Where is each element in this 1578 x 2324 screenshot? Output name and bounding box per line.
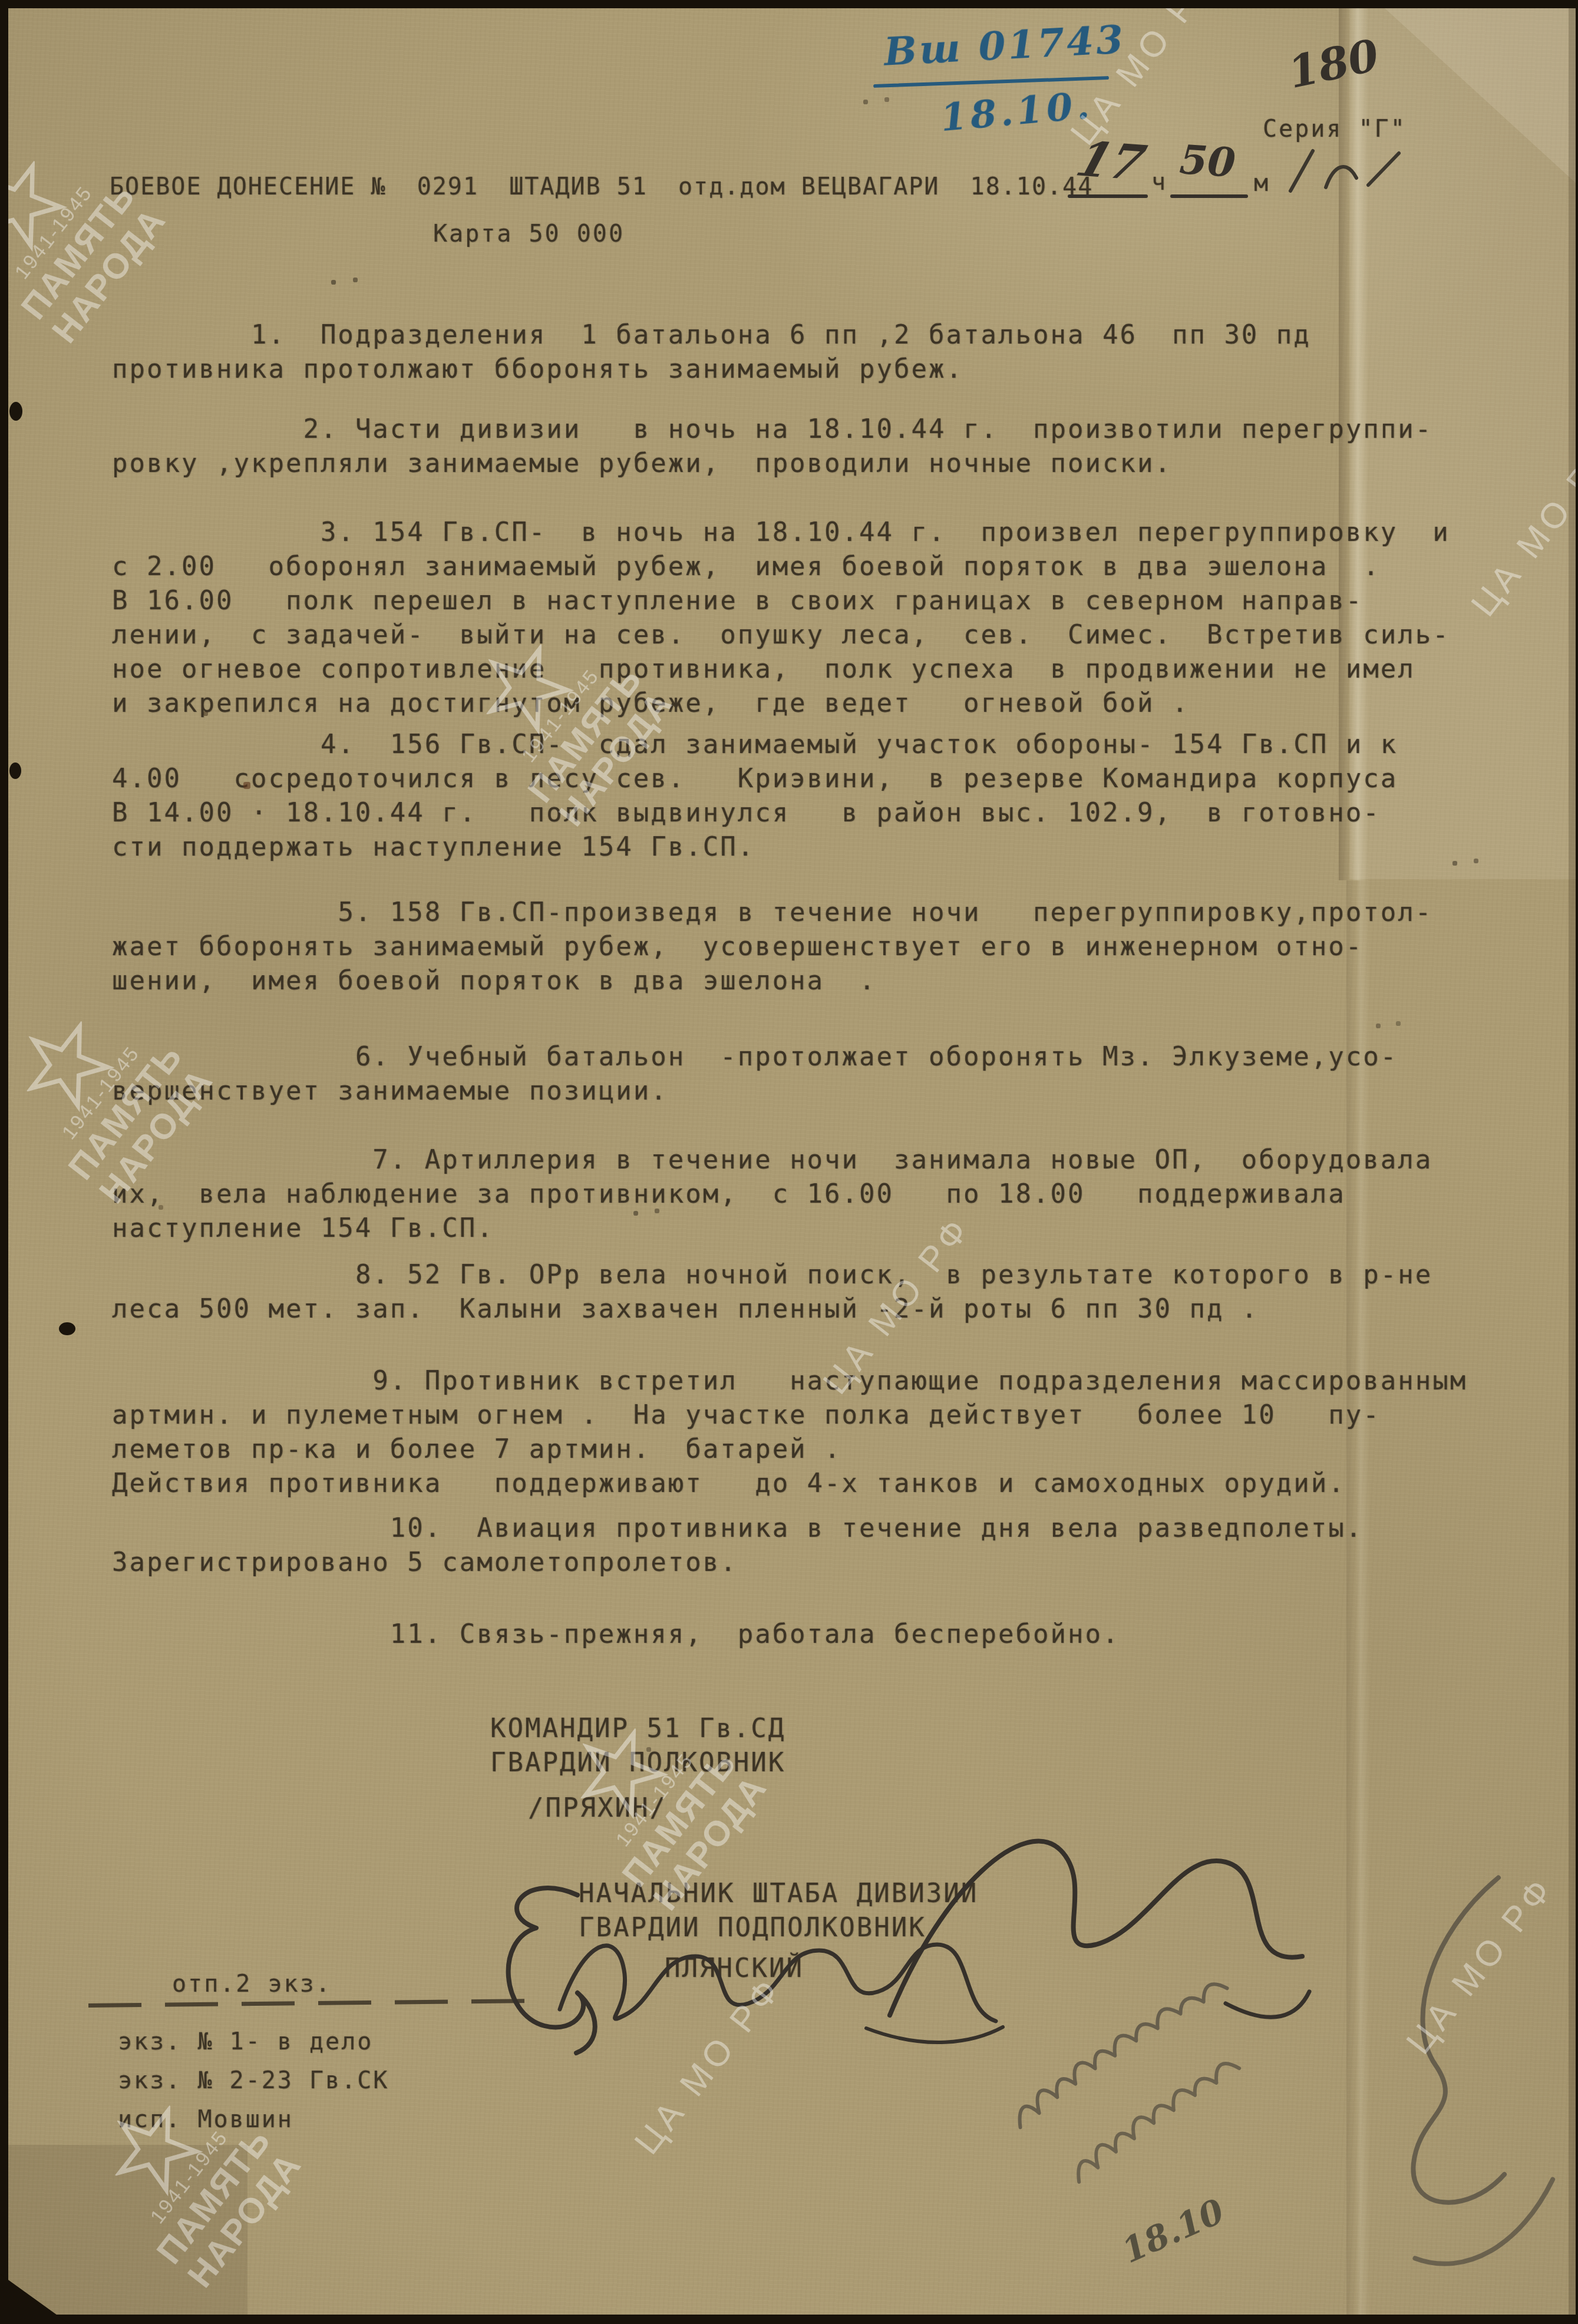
time-hours-underline: [1068, 194, 1148, 198]
paragraph-3: 3. 154 Гв.СП- в ночь на 18.10.44 г. прои…: [112, 516, 1503, 721]
paragraph-8: 8. 52 Гв. ОРр вела ночной поиск, в резул…: [112, 1258, 1503, 1326]
scan-edge-left: [0, 0, 8, 2324]
bottom-left-shading: [0, 2145, 247, 2324]
paragraph-4: 4. 156 Гв.СП- сдал занимаемый участок об…: [112, 728, 1503, 864]
paragraph-11: 11. Связь-прежняя, работала бесперебойно…: [112, 1617, 1485, 1652]
scan-edge-bottom: [0, 2315, 1578, 2324]
commander-title: КОМАНДИР 51 Гв.СД ГВАРДИИ ПОЛКОВНИК: [490, 1712, 785, 1780]
copy-distribution: экз. № 1- в дело экз. № 2-23 Гв.СК исп. …: [118, 2022, 389, 2139]
paragraph-5: 5. 158 Гв.СП-произведя в течение ночи пе…: [112, 896, 1503, 998]
paragraph-9: 9. Противник встретил наступающие подраз…: [112, 1364, 1514, 1501]
series-check-scribble: [1279, 143, 1420, 202]
paragraph-2: 2. Части дивизии в ночь на 18.10.44 г. п…: [112, 412, 1485, 481]
document-page: Вш 01743 18.10. 180 Серия "Г" БОЕВОЕ ДОН…: [0, 0, 1578, 2324]
commander-name: /ПРЯХИН/: [528, 1791, 667, 1825]
scan-edge-top: [0, 0, 1578, 8]
ink-blot: [59, 1322, 75, 1335]
map-scale: Карта 50 000: [433, 217, 625, 251]
scan-edge-right: [1576, 0, 1578, 2324]
punch-hole-top: [9, 402, 22, 421]
report-title: БОЕВОЕ ДОНЕСЕНИЕ № 0291 ШТАДИВ 51 отд.до…: [110, 170, 1093, 204]
time-minutes-underline: [1170, 194, 1248, 198]
copies-note: отп.2 экз.: [172, 1967, 332, 2001]
paragraph-1: 1. Подразделения 1 батальона 6 пп ,2 бат…: [112, 318, 1485, 387]
time-hours-label: ч: [1151, 165, 1167, 199]
paragraph-6: 6. Учебный батальон -протолжает оборонят…: [112, 1040, 1503, 1108]
paragraph-7: 7. Артиллерия в течение ночи занимала но…: [112, 1143, 1503, 1246]
paragraph-10: 10. Авиация противника в течение дня вел…: [112, 1511, 1485, 1580]
time-minutes-label: м: [1254, 166, 1270, 200]
series-label: Серия "Г": [1263, 112, 1407, 146]
punch-hole-bottom: [9, 762, 21, 779]
time-minutes-handwriting: 50: [1178, 136, 1237, 187]
